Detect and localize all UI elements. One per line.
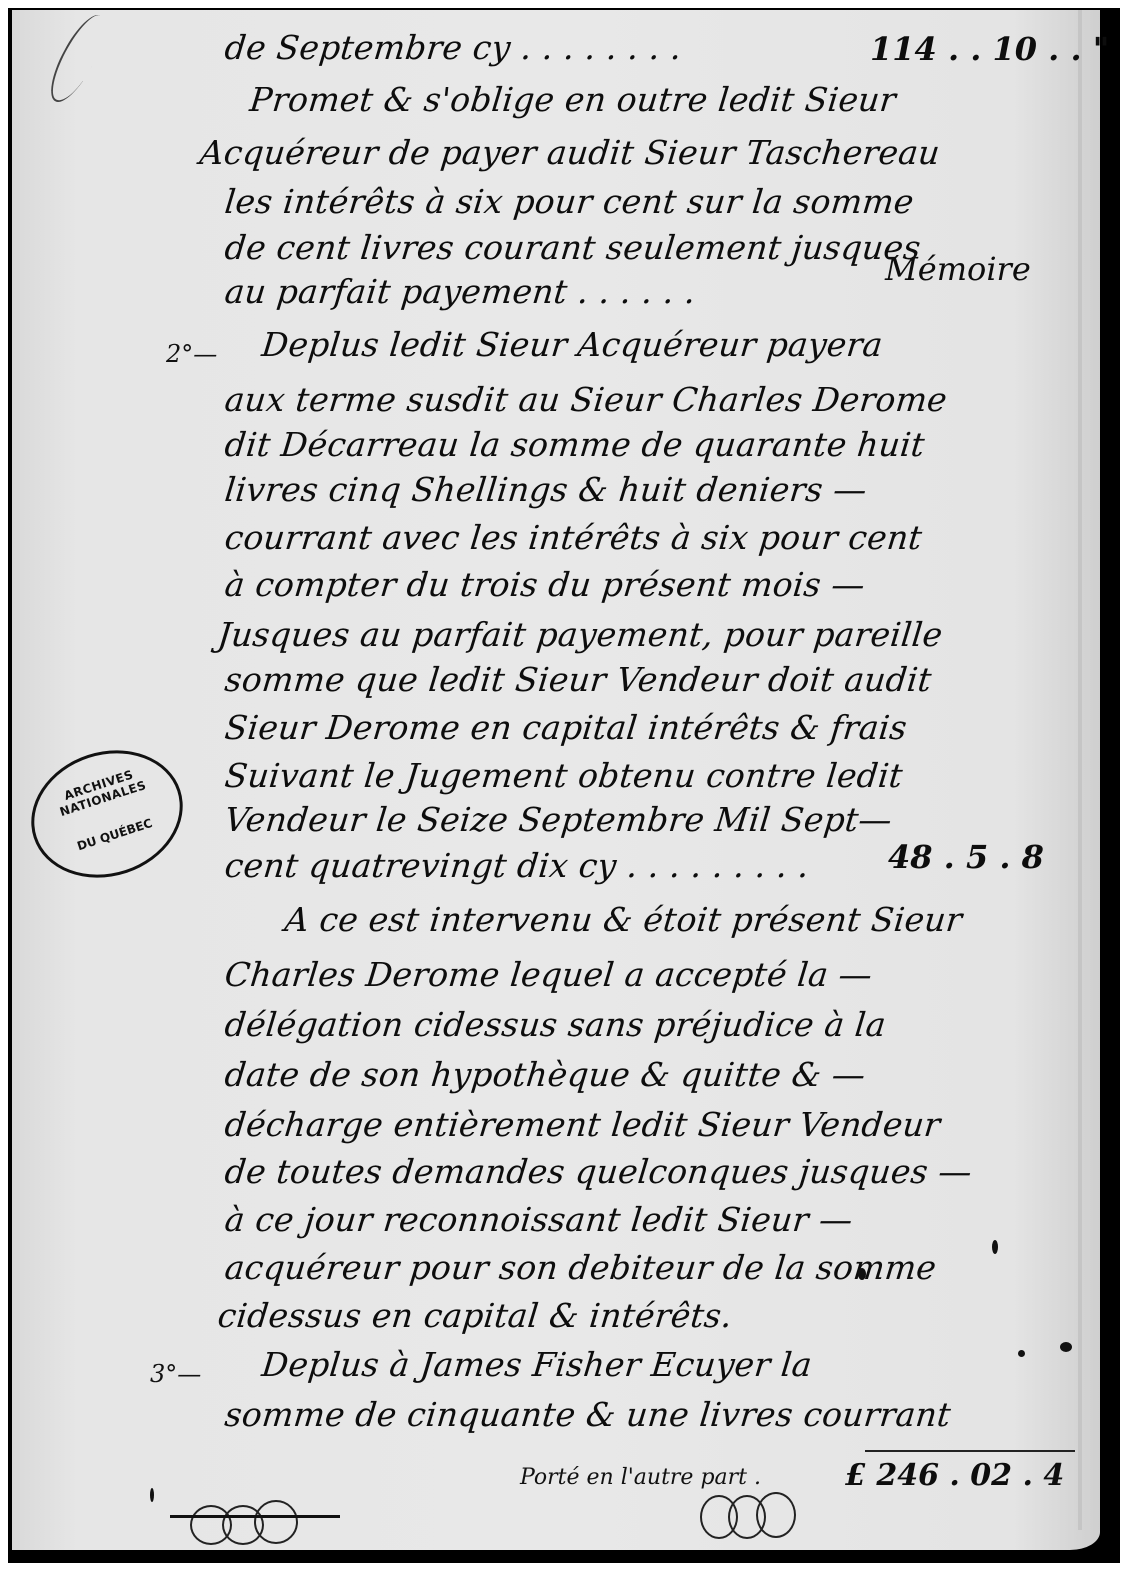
text-line: A ce est intervenu & étoit présent Sieur	[283, 900, 964, 939]
text-line: livres cinq Shellings & huit deniers —	[223, 470, 869, 509]
text-line: à ce jour reconnoissant ledit Sieur —	[223, 1200, 855, 1239]
text-line: courrant avec les intérêts à six pour ce…	[223, 518, 924, 557]
text-line: Charles Derome lequel a accepté la —	[223, 955, 874, 994]
text-line: date de son hypothèque & quitte & —	[223, 1055, 867, 1094]
item-number-3: 3°—	[150, 1360, 201, 1388]
text-line: délégation cidessus sans préjudice à la	[223, 1005, 888, 1044]
text-line: cidessus en capital & intérêts.	[216, 1296, 734, 1335]
text-line: cent quatrevingt dix cy . . . . . . . . …	[223, 846, 811, 885]
text-line: Deplus ledit Sieur Acquéreur payera	[260, 325, 885, 364]
text-line: acquéreur pour son debiteur de la somme	[223, 1248, 938, 1287]
text-line: somme de cinquante & une livres courrant	[223, 1395, 953, 1434]
paraph-signature-left	[254, 1500, 298, 1544]
text-line: de Septembre cy . . . . . . . .	[223, 28, 684, 67]
text-line: au parfait payement . . . . . .	[223, 272, 698, 311]
total-overline	[865, 1450, 1075, 1452]
ink-speck	[992, 1240, 998, 1254]
text-line: les intérêts à six pour cent sur la somm…	[223, 182, 916, 221]
ink-speck	[150, 1488, 154, 1502]
text-line: aux terme susdit au Sieur Charles Derome	[223, 380, 949, 419]
text-line: de toutes demandes quelconques jusques —	[223, 1152, 974, 1191]
text-line: à compter du trois du présent mois —	[223, 565, 867, 604]
page-total: £ 246 . 02 . 4	[845, 1458, 1064, 1493]
text-line: Suivant le Jugement obtenu contre ledit	[223, 756, 905, 795]
paraph-underline	[170, 1515, 340, 1518]
text-line: Acquéreur de payer audit Sieur Tascherea…	[198, 133, 942, 172]
text-line: décharge entièrement ledit Sieur Vendeur	[223, 1105, 942, 1144]
text-line: Promet & s'oblige en outre ledit Sieur	[248, 80, 898, 119]
ink-speck	[1018, 1350, 1025, 1357]
text-line: Sieur Derome en capital intérêts & frais	[223, 708, 909, 747]
carried-forward-note: Porté en l'autre part .	[520, 1465, 761, 1490]
page-fold	[1078, 10, 1082, 1530]
text-line: dit Décarreau la somme de quarante huit	[223, 425, 927, 464]
text-line: Vendeur le Seize Septembre Mil Sept—	[223, 800, 894, 839]
ink-speck	[1060, 1342, 1072, 1352]
text-line: somme que ledit Sieur Vendeur doit audit	[223, 660, 934, 699]
amount-114-10: 114 . . 10 . . "	[870, 30, 1109, 68]
item-number-2: 2°—	[166, 340, 217, 368]
ink-speck	[858, 1268, 866, 1280]
amount-memoire: Mémoire	[885, 250, 1031, 288]
text-line: Deplus à James Fisher Ecuyer la	[260, 1345, 814, 1384]
text-line: de cent livres courant seulement jusques	[223, 228, 923, 267]
text-line: Jusques au parfait payement, pour pareil…	[216, 615, 945, 654]
paraph-signature-right	[756, 1492, 796, 1538]
amount-48-5-8: 48 . 5 . 8	[888, 838, 1044, 876]
